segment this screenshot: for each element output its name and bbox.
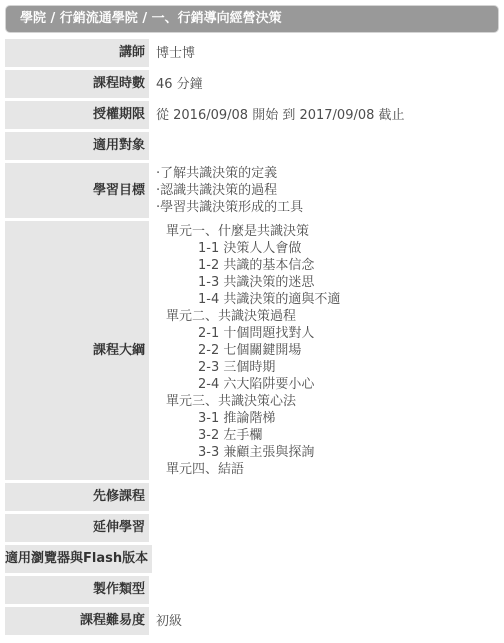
value-line: 3-3 兼顧主張與探詢 <box>156 444 499 461</box>
value-line: 2-1 十個問題找對人 <box>156 325 499 342</box>
value-line: 單元三、共識決策心法 <box>156 393 499 410</box>
row-label: 課程時數 <box>5 70 149 98</box>
row-value: 從 2016/09/08 開始 到 2017/09/08 截止 <box>149 101 499 129</box>
row-label: 延伸學習 <box>5 514 149 542</box>
row-value: 初級 <box>149 607 499 635</box>
row-label: 課程難易度 <box>5 607 149 635</box>
value-text: 初級 <box>156 613 499 630</box>
row-value <box>149 483 499 511</box>
row-value <box>152 545 499 573</box>
value-line: ·認識共識決策的過程 <box>156 182 499 199</box>
value-line: 1-3 共識決策的迷思 <box>156 274 499 291</box>
value-line: 2-3 三個時期 <box>156 359 499 376</box>
info-row: 課程大綱單元一、什麼是共識決策1-1 決策人人會做1-2 共識的基本信念1-3 … <box>5 221 499 480</box>
row-value: ·了解共識決策的定義·認識共識決策的過程·學習共識決策形成的工具 <box>149 163 499 218</box>
value-line: ·了解共識決策的定義 <box>156 165 499 182</box>
row-value: 單元一、什麼是共識決策1-1 決策人人會做1-2 共識的基本信念1-3 共識決策… <box>149 221 499 480</box>
row-label: 講師 <box>5 39 149 67</box>
value-line: 3-2 左手欄 <box>156 427 499 444</box>
row-value <box>149 576 499 604</box>
value-line: 1-4 共識決策的適與不適 <box>156 291 499 308</box>
info-row: 授權期限從 2016/09/08 開始 到 2017/09/08 截止 <box>5 101 499 129</box>
row-label: 學習目標 <box>5 163 149 218</box>
info-row: 製作類型 <box>5 576 499 604</box>
row-label: 授權期限 <box>5 101 149 129</box>
breadcrumb: 學院 / 行銷流通學院 / 一、行銷導向經營決策 <box>5 5 499 33</box>
value-line: 1-1 決策人人會做 <box>156 240 499 257</box>
value-line: ·學習共識決策形成的工具 <box>156 199 499 216</box>
value-text: 博士博 <box>156 45 499 62</box>
row-label: 適用瀏覽器與Flash版本 <box>5 545 152 573</box>
value-text: 從 2016/09/08 開始 到 2017/09/08 截止 <box>156 107 499 124</box>
row-value <box>149 514 499 542</box>
info-row: 延伸學習 <box>5 514 499 542</box>
value-line: 2-2 七個關鍵開場 <box>156 342 499 359</box>
value-line: 單元一、什麼是共識決策 <box>156 223 499 240</box>
info-row: 學習目標·了解共識決策的定義·認識共識決策的過程·學習共識決策形成的工具 <box>5 163 499 218</box>
info-row: 課程難易度初級 <box>5 607 499 635</box>
course-info-page: 學院 / 行銷流通學院 / 一、行銷導向經營決策 講師博士博課程時數46 分鐘授… <box>0 0 504 643</box>
row-label: 先修課程 <box>5 483 149 511</box>
row-value <box>149 132 499 160</box>
info-row: 適用瀏覽器與Flash版本 <box>5 545 499 573</box>
value-text: 46 分鐘 <box>156 76 499 93</box>
info-row: 適用對象 <box>5 132 499 160</box>
value-line: 單元四、結語 <box>156 461 499 478</box>
row-label: 課程大綱 <box>5 221 149 480</box>
row-label: 適用對象 <box>5 132 149 160</box>
course-info-table: 講師博士博課程時數46 分鐘授權期限從 2016/09/08 開始 到 2017… <box>5 39 499 635</box>
row-label: 製作類型 <box>5 576 149 604</box>
row-value: 46 分鐘 <box>149 70 499 98</box>
value-line: 3-1 推論階梯 <box>156 410 499 427</box>
value-line: 單元二、共識決策過程 <box>156 308 499 325</box>
row-value: 博士博 <box>149 39 499 67</box>
info-row: 先修課程 <box>5 483 499 511</box>
value-line: 2-4 六大陷阱要小心 <box>156 376 499 393</box>
info-row: 課程時數46 分鐘 <box>5 70 499 98</box>
value-line: 1-2 共識的基本信念 <box>156 257 499 274</box>
info-row: 講師博士博 <box>5 39 499 67</box>
